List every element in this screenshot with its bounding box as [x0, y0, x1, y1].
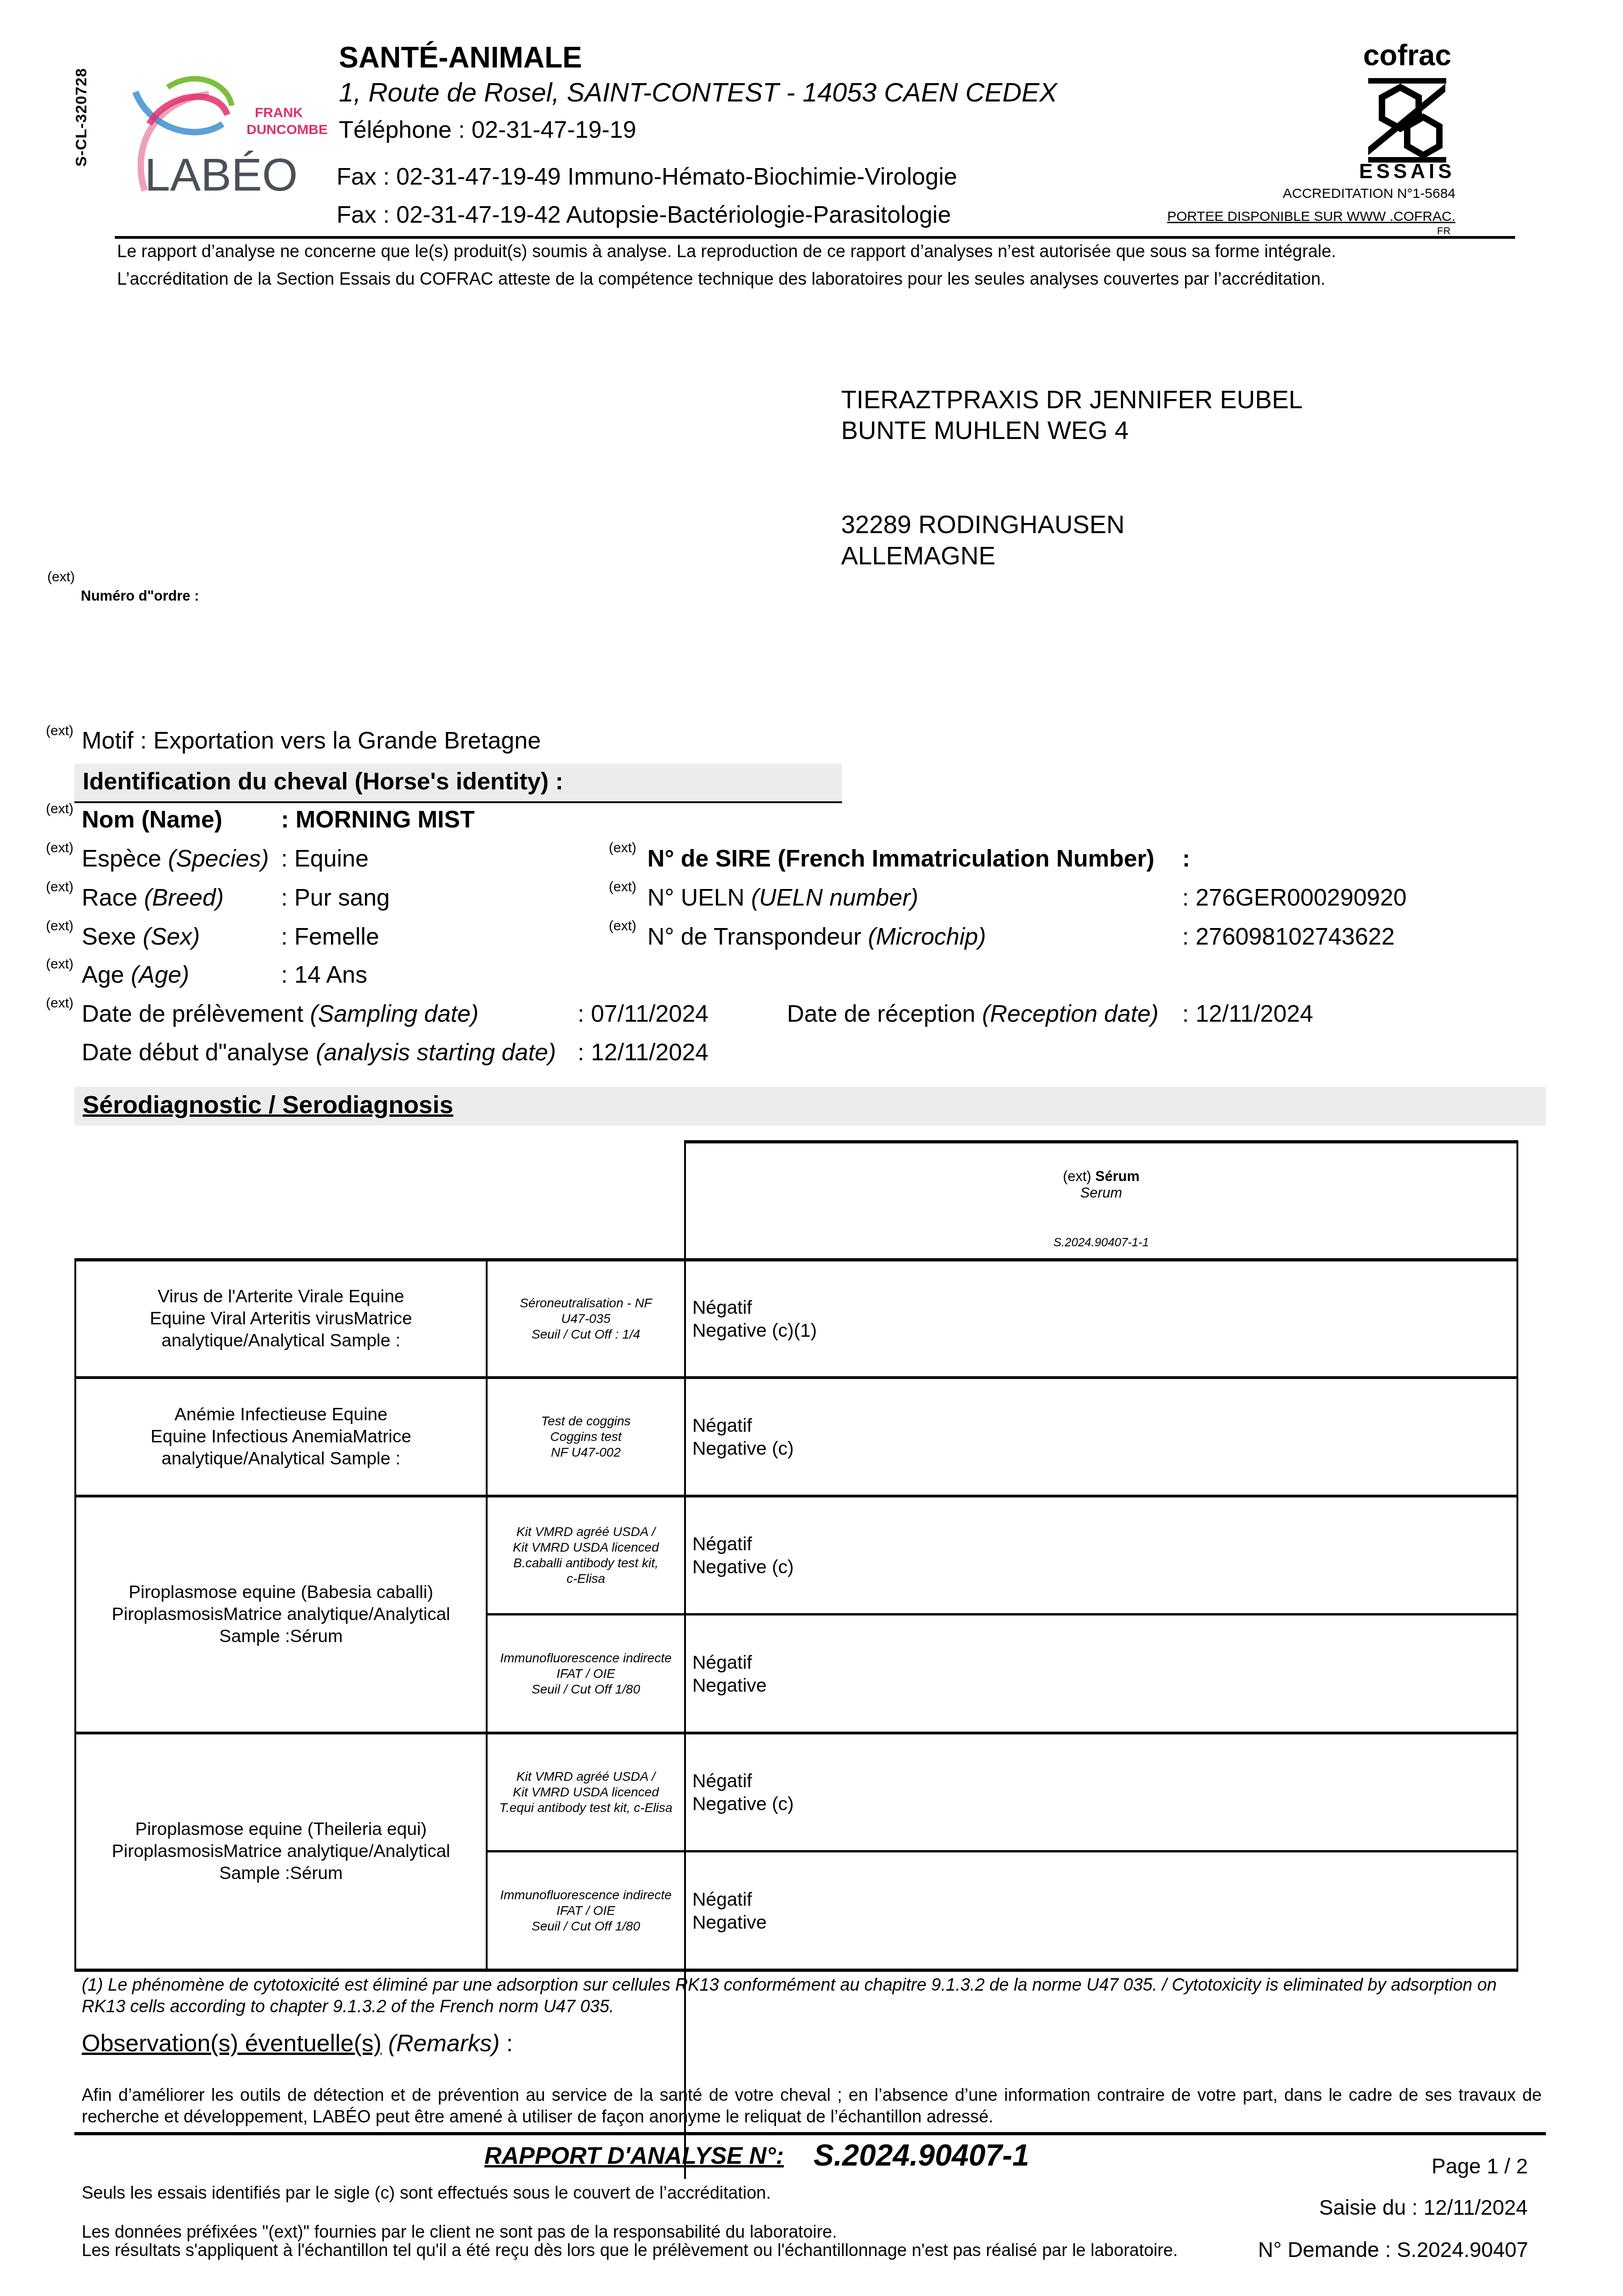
cofrac-essais-icon: cofrac ESSAIS — [1359, 41, 1455, 179]
results-scope-note: Les résultats s'appliquent à l'échantill… — [82, 2241, 1178, 2261]
ext-marker: (ext) — [47, 569, 75, 585]
sire-value: : — [1182, 845, 1190, 872]
age-label: Age (Age) — [82, 961, 189, 989]
breed-value: : Pur sang — [281, 884, 390, 912]
ext-marker: (ext) — [46, 996, 73, 1011]
parameter-cell-eia: Anémie Infectieuse Equine Equine Infecti… — [76, 1379, 486, 1495]
species-label: Espèce (Species) — [82, 845, 269, 872]
breed-label: Race (Breed) — [82, 884, 224, 912]
cofrac-portee-link[interactable]: PORTEE DISPONIBLE SUR WWW .COFRAC. — [1167, 209, 1455, 225]
svg-text:ESSAIS: ESSAIS — [1359, 160, 1455, 179]
lab-name: SANTÉ-ANIMALE — [339, 40, 582, 74]
method-cell-babesia-ifat: Immunofluorescence indirecte IFAT / OIE … — [488, 1615, 684, 1732]
svg-text:DUNCOMBE: DUNCOMBE — [247, 122, 328, 137]
accreditation-number: ACCREDITATION N°1-5684 — [1283, 186, 1455, 202]
result-cell-babesia-elisa: Négatif Negative (c) — [686, 1497, 1516, 1613]
ext-marker: (ext) — [609, 879, 636, 895]
result-cell-theileria-elisa: Négatif Negative (c) — [686, 1734, 1516, 1850]
svg-text:cofrac: cofrac — [1363, 41, 1451, 72]
recipient-name: TIERAZTPRAXIS DR JENNIFER EUBEL — [841, 385, 1303, 414]
reproduction-disclaimer: Le rapport d’analyse ne concerne que le(… — [117, 242, 1336, 262]
name-label: Nom (Name) — [82, 806, 222, 833]
remarks-title: Observation(s) éventuelle(s) (Remarks) : — [82, 2030, 513, 2057]
recipient-city: 32289 RODINGHAUSEN — [841, 510, 1124, 539]
side-code-text: S-CL-320728 — [73, 68, 90, 167]
svg-text:LABÉO: LABÉO — [145, 149, 298, 197]
sample-id: S.2024.90407-1-1 — [686, 1226, 1516, 1258]
parameter-cell-babesia: Piroplasmose equine (Babesia caballi) Pi… — [76, 1497, 486, 1732]
sampling-date-label: Date de prélèvement (Sampling date) — [82, 1000, 478, 1028]
result-cell-babesia-ifat: Négatif Negative — [686, 1615, 1516, 1732]
microchip-value: : 276098102743622 — [1182, 923, 1395, 951]
result-cell-eia: Négatif Negative (c) — [686, 1379, 1516, 1495]
parameter-cell-theileria: Piroplasmose equine (Theileria equi) Pir… — [76, 1734, 486, 1969]
ueln-value: : 276GER000290920 — [1182, 884, 1407, 912]
request-number: N° Demande : S.2024.90407 — [1258, 2237, 1528, 2262]
labeo-swoosh-icon: FRANK DUNCOMBE LABÉO — [117, 73, 328, 197]
sample-header-cell: (ext) Sérum Serum — [686, 1143, 1516, 1226]
labeo-logo: FRANK DUNCOMBE LABÉO — [117, 73, 328, 197]
serodiagnosis-section-title: Sérodiagnostic / Serodiagnosis — [83, 1091, 453, 1119]
result-cell-eva: Négatif Negative (c)(1) — [686, 1261, 1516, 1376]
sex-value: : Femelle — [281, 923, 379, 951]
parameter-cell-eva: Virus de l'Arterite Virale Equine Equine… — [76, 1261, 486, 1376]
order-number-label: Numéro d"ordre : — [81, 588, 199, 604]
ext-marker: (ext) — [609, 840, 636, 856]
age-value: : 14 Ans — [281, 961, 367, 989]
cofrac-disclaimer: L’accréditation de la Section Essais du … — [117, 270, 1325, 289]
page-indicator: Page 1 / 2 — [1432, 2154, 1528, 2178]
svg-text:FRANK: FRANK — [255, 105, 303, 120]
reception-date-value: : 12/11/2024 — [1182, 1000, 1313, 1028]
lab-phone: Téléphone : 02-31-47-19-19 — [339, 116, 636, 144]
sex-label: Sexe (Sex) — [82, 923, 200, 951]
method-cell-eia: Test de coggins Coggins test NF U47-002 — [488, 1379, 684, 1495]
method-cell-theileria-ifat: Immunofluorescence indirecte IFAT / OIE … — [488, 1852, 684, 1969]
document-reference-code: S-CL-320728 — [69, 62, 96, 168]
ueln-label: N° UELN (UELN number) — [647, 884, 918, 912]
sample-matrix: Sérum — [1095, 1168, 1140, 1184]
ext-marker: (ext) — [46, 723, 73, 739]
analysis-start-label: Date début d"analyse (analysis starting … — [82, 1039, 556, 1066]
accreditation-note: Seuls les essais identifiés par le sigle… — [82, 2183, 771, 2203]
lab-address: 1, Route de Rosel, SAINT-CONTEST - 14053… — [339, 77, 1057, 108]
sampling-date-value: : 07/11/2024 — [578, 1000, 708, 1028]
identity-section-title: Identification du cheval (Horse's identi… — [83, 768, 563, 795]
ext-marker: (ext) — [46, 879, 73, 895]
ext-marker: (ext) — [609, 918, 636, 934]
ext-marker: (ext) — [46, 840, 73, 856]
report-number-label: RAPPORT D'ANALYSE N°: — [484, 2142, 784, 2170]
remarks-text: Afin d’améliorer les outils de détection… — [82, 2085, 1542, 2128]
footer-divider — [74, 2132, 1546, 2135]
result-cell-theileria-ifat: Négatif Negative — [686, 1852, 1516, 1969]
report-number: S.2024.90407-1 — [814, 2138, 1029, 2172]
sample-matrix-en: Serum — [1080, 1185, 1122, 1201]
cofrac-logo: cofrac ESSAIS — [1359, 41, 1455, 179]
sire-label: N° de SIRE (French Immatriculation Numbe… — [647, 845, 1154, 872]
method-cell-eva: Séroneutralisation - NF U47-035 Seuil / … — [488, 1261, 684, 1376]
method-cell-babesia-elisa: Kit VMRD agréé USDA / Kit VMRD USDA lice… — [488, 1497, 684, 1613]
ext-marker: (ext) — [46, 957, 73, 972]
ext-marker: (ext) — [46, 801, 73, 817]
cofrac-portee-link-tail: FR — [1437, 225, 1450, 237]
recipient-street: BUNTE MUHLEN WEG 4 — [841, 416, 1129, 445]
microchip-label: N° de Transpondeur (Microchip) — [647, 923, 986, 951]
recipient-country: ALLEMAGNE — [841, 541, 995, 570]
method-cell-theileria-elisa: Kit VMRD agréé USDA / Kit VMRD USDA lice… — [488, 1734, 684, 1850]
motif-text: Motif : Exportation vers la Grande Breta… — [82, 727, 541, 754]
analysis-start-value: : 12/11/2024 — [578, 1039, 708, 1066]
lab-fax-immuno: Fax : 02-31-47-19-49 Immuno-Hémato-Bioch… — [337, 163, 957, 191]
header-divider — [115, 236, 1515, 239]
ext-data-note: Les données préfixées "(ext)" fournies p… — [82, 2223, 837, 2242]
ext-marker: (ext) — [46, 918, 73, 934]
name-value: : MORNING MIST — [281, 806, 475, 833]
entry-date: Saisie du : 12/11/2024 — [1319, 2195, 1528, 2220]
reception-date-label: Date de réception (Reception date) — [787, 1000, 1158, 1028]
lab-fax-autopsie: Fax : 02-31-47-19-42 Autopsie-Bactériolo… — [337, 201, 951, 229]
species-value: : Equine — [281, 845, 369, 872]
cytotoxicity-footnote: (1) Le phénomène de cytotoxicité est éli… — [82, 1975, 1528, 2018]
